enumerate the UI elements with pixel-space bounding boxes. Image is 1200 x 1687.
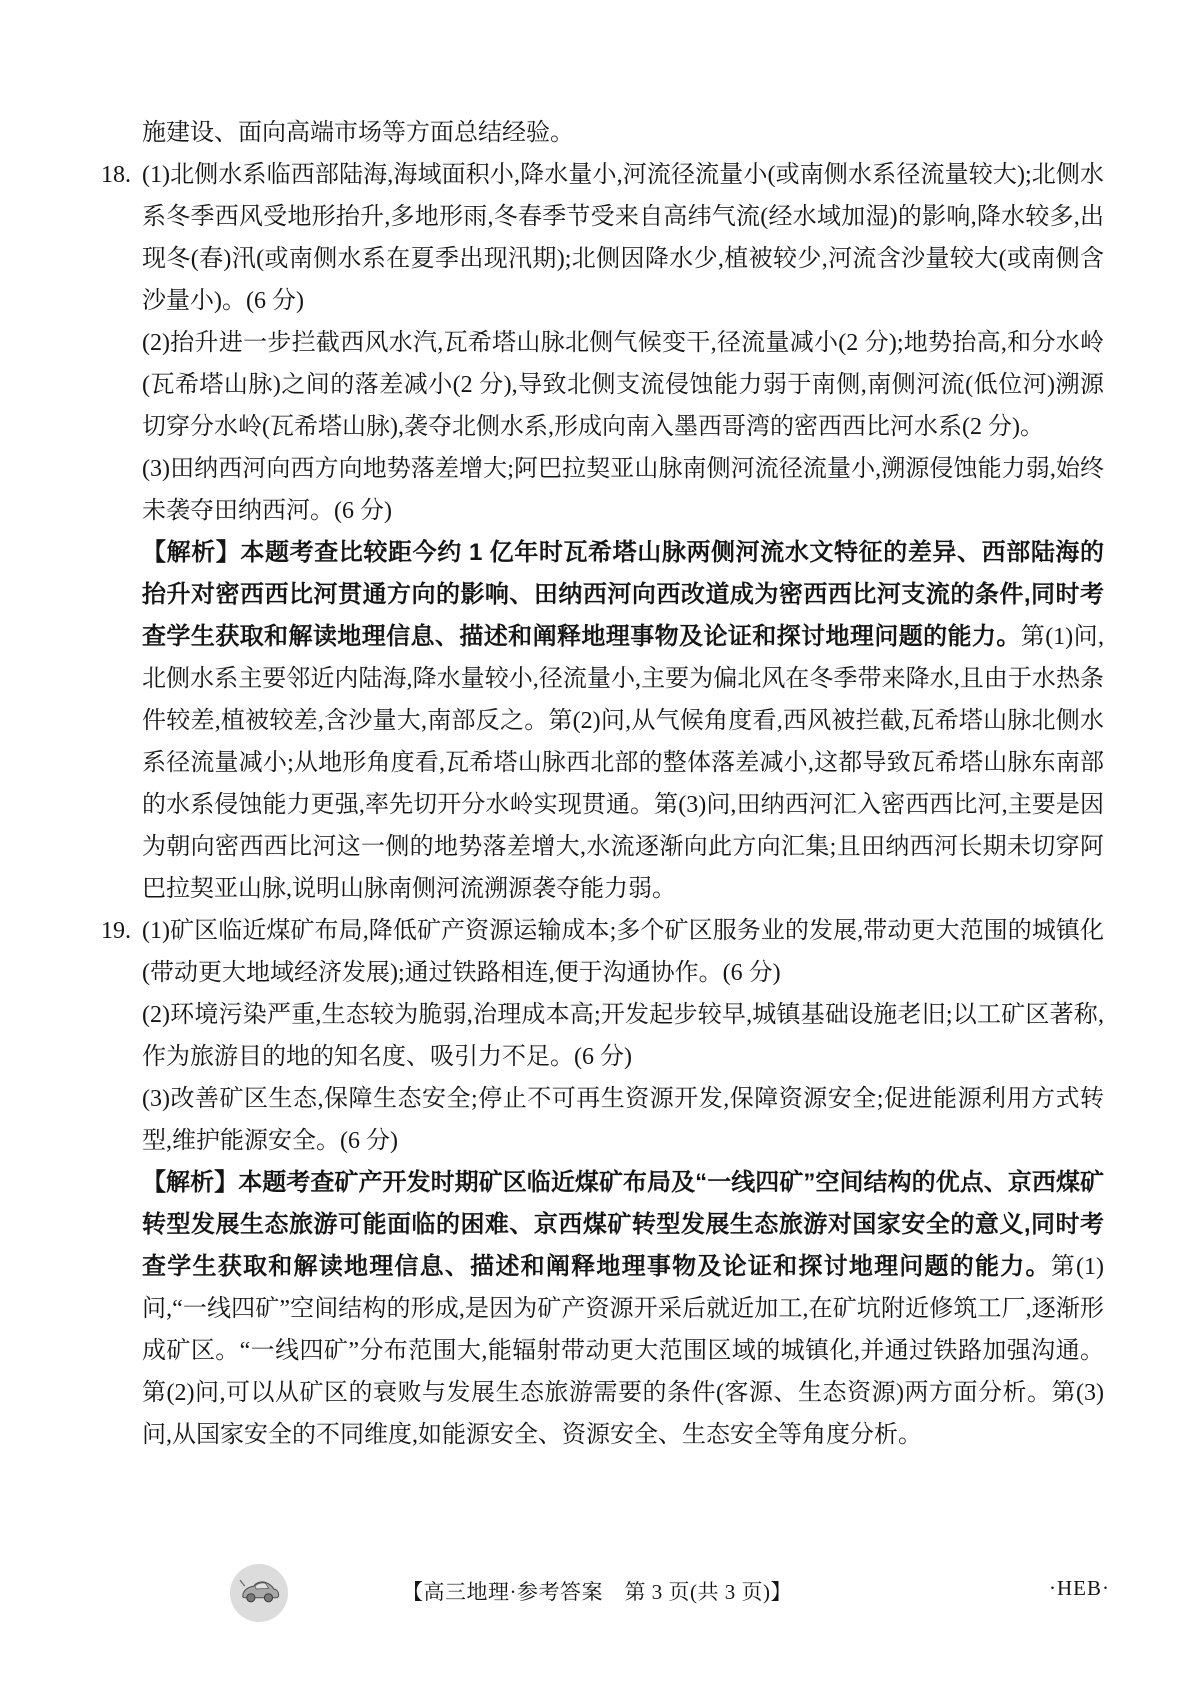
answer-19-part-1: (1)矿区临近煤矿布局,降低矿产资源运输成本;多个矿区服务业的发展,带动更大范围… <box>142 918 1104 986</box>
answer-paragraph: 18.(1)北侧水系临西部陆海,海域面积小,降水量小,河流径流量小(或南侧水系径… <box>142 154 1104 322</box>
answer-19-part-3: (3)改善矿区生态,保障生态安全;停止不可再生资源开发,保障资源安全;促进能源利… <box>142 1078 1104 1162</box>
analysis-label-19: 【解析】 <box>142 1169 238 1196</box>
document-body: 施建设、面向高端市场等方面总结经验。 18.(1)北侧水系临西部陆海,海域面积小… <box>142 112 1104 1456</box>
question-number-19: 19. <box>101 910 131 952</box>
analysis-detail-19: 第(1)问,“一线四矿”空间结构的形成,是因为矿产资源开采后就近加工,在矿坑附近… <box>142 1254 1104 1448</box>
question-19-block: 19.(1)矿区临近煤矿布局,降低矿产资源运输成本;多个矿区服务业的发展,带动更… <box>142 910 1104 1456</box>
answer-18-part-3: (3)田纳西河向西方向地势落差增大;阿巴拉契亚山脉南侧河流径流量小,溯源侵蚀能力… <box>142 448 1104 532</box>
intro-paragraph: 施建设、面向高端市场等方面总结经验。 <box>142 112 1104 154</box>
answer-18-part-1: (1)北侧水系临西部陆海,海域面积小,降水量小,河流径流量小(或南侧水系径流量较… <box>142 162 1104 314</box>
answer-19-part-2: (2)环境污染严重,生态较为脆弱,治理成本高;开发起步较早,城镇基础设施老旧;以… <box>142 994 1104 1078</box>
question-18-block: 18.(1)北侧水系临西部陆海,海域面积小,降水量小,河流径流量小(或南侧水系径… <box>142 154 1104 910</box>
analysis-label-18: 【解析】 <box>142 539 240 566</box>
footer-page-info: 【高三地理·参考答案 第 3 页(共 3 页)】 <box>402 1576 792 1606</box>
publisher-logo <box>230 1564 288 1622</box>
analysis-paragraph-19: 【解析】本题考查矿产开发时期矿区临近煤矿布局及“一线四矿”空间结构的优点、京西煤… <box>142 1162 1104 1456</box>
answer-18-part-2: (2)抬升进一步拦截西风水汽,瓦希塔山脉北侧气候变干,径流量减小(2 分);地势… <box>142 322 1104 448</box>
footer-edition-code: ·HEB· <box>1049 1576 1110 1601</box>
analysis-paragraph-18: 【解析】本题考查比较距今约 1 亿年时瓦希塔山脉两侧河流水文特征的差异、西部陆海… <box>142 532 1104 910</box>
analysis-lead-18: 本题考查比较距今约 1 亿年时瓦希塔山脉两侧河流水文特征的差异、西部陆海的抬升对… <box>142 539 1104 650</box>
analysis-lead-19: 本题考查矿产开发时期矿区临近煤矿布局及“一线四矿”空间结构的优点、京西煤矿转型发… <box>142 1169 1104 1280</box>
answer-sheet-page: 施建设、面向高端市场等方面总结经验。 18.(1)北侧水系临西部陆海,海域面积小… <box>0 0 1200 1687</box>
answer-paragraph: 19.(1)矿区临近煤矿布局,降低矿产资源运输成本;多个矿区服务业的发展,带动更… <box>142 910 1104 994</box>
question-number-18: 18. <box>101 154 131 196</box>
analysis-detail-18: 第(1)问,北侧水系主要邻近内陆海,降水量较小,径流量小,主要为偏北风在冬季带来… <box>142 624 1104 902</box>
car-icon <box>238 1576 280 1611</box>
